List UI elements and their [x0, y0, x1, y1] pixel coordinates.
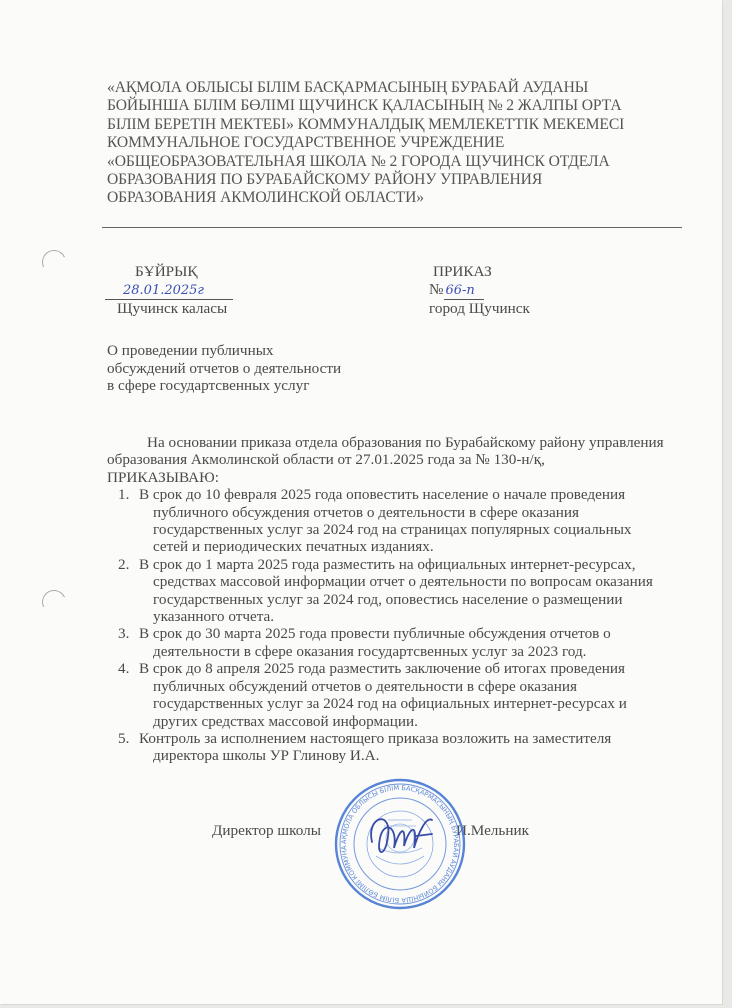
header-divider: [102, 227, 682, 228]
header-line: «АҚМОЛА ОБЛЫСЫ БІЛІМ БАСҚАРМАСЫНЫҢ БУРАБ…: [107, 79, 624, 97]
official-stamp-icon: АҚМОЛА ОБЛЫСЫ БІЛІМ БАСҚАРМАСЫНЫҢ БУРАБА…: [332, 776, 468, 912]
header-line: ОБРАЗОВАНИЯ ПО БУРАБАЙСКОМУ РАЙОНУ УПРАВ…: [107, 171, 624, 189]
hole-punch-mark: [39, 247, 70, 278]
item-line: публичного обсуждения отчетов о деятельн…: [139, 504, 687, 521]
item-line: В срок до 8 апреля 2025 года разместить …: [139, 660, 687, 677]
intro-text: образования Акмолинской области от 27.01…: [107, 451, 687, 468]
item-number: 2.: [118, 556, 129, 573]
order-body: На основании приказа отдела образования …: [107, 434, 687, 765]
city-ru: город Щучинск: [429, 300, 530, 317]
item-number: 4.: [118, 660, 129, 677]
item-line: государственных услуг за 2024 год на офи…: [139, 695, 687, 712]
item-line: директора школы УР Глинову И.А.: [139, 747, 687, 764]
order-subject: О проведении публичных обсуждений отчето…: [107, 342, 341, 395]
order-item: 5. Контроль за исполнением настоящего пр…: [107, 730, 687, 765]
item-line: других средствах массовой информации.: [139, 713, 687, 730]
command-word: ПРИКАЗЫВАЮ:: [107, 469, 687, 486]
hole-punch-mark: [39, 587, 70, 618]
order-item: 3. В срок до 30 марта 2025 года провести…: [107, 625, 687, 660]
city-kz: Щучинск каласы: [117, 300, 227, 317]
item-line: В срок до 10 февраля 2025 года оповестит…: [139, 486, 687, 503]
item-number: 3.: [118, 625, 129, 642]
order-title-ru: ПРИКАЗ: [433, 263, 492, 280]
item-line: Контроль за исполнением настоящего прика…: [139, 730, 687, 747]
header-line: КОММУНАЛЬНОЕ ГОСУДАРСТВЕННОЕ УЧРЕЖДЕНИЕ: [107, 134, 624, 152]
header-line: ОБРАЗОВАНИЯ АКМОЛИНСКОЙ ОБЛАСТИ»: [107, 189, 624, 207]
item-number: 5.: [118, 730, 129, 747]
handwritten-date: 28.01.2025г: [123, 283, 204, 298]
subject-line: обсуждений отчетов о деятельности: [107, 360, 341, 378]
document-page: «АҚМОЛА ОБЛЫСЫ БІЛІМ БАСҚАРМАСЫНЫҢ БУРАБ…: [0, 0, 722, 1004]
order-items-list: 1. В срок до 10 февраля 2025 года оповес…: [107, 486, 687, 765]
order-item: 4. В срок до 8 апреля 2025 года размести…: [107, 660, 687, 730]
intro-text: На основании приказа отдела образования …: [107, 434, 687, 451]
item-line: государственных услуг за 2024 год, опове…: [139, 591, 687, 608]
item-number: 1.: [118, 486, 129, 503]
organization-header: «АҚМОЛА ОБЛЫСЫ БІЛІМ БАСҚАРМАСЫНЫҢ БУРАБ…: [107, 79, 624, 208]
item-line: В срок до 30 марта 2025 года провести пу…: [139, 625, 687, 642]
item-line: публичных обсуждений отчетов о деятельно…: [139, 678, 687, 695]
item-line: государственных услуг за 2024 год на стр…: [139, 521, 687, 538]
subject-line: О проведении публичных: [107, 342, 341, 360]
order-item: 1. В срок до 10 февраля 2025 года оповес…: [107, 486, 687, 556]
subject-line: в сфере государтсвенных услуг: [107, 377, 341, 395]
order-item: 2. В срок до 1 марта 2025 года разместит…: [107, 556, 687, 626]
header-line: «ОБЩЕОБРАЗОВАТЕЛЬНАЯ ШКОЛА № 2 ГОРОДА ЩУ…: [107, 153, 624, 171]
item-line: указанного отчета.: [139, 608, 687, 625]
order-title-kz: БҰЙРЫҚ: [135, 263, 197, 280]
order-number: №66-п: [429, 281, 484, 300]
number-sign: №: [429, 281, 444, 298]
item-line: деятельности в сфере оказания государтсв…: [139, 643, 687, 660]
item-line: В срок до 1 марта 2025 года разместить н…: [139, 556, 687, 573]
header-line: БІЛІМ БЕРЕТІН МЕКТЕБІ» КОММУНАЛДЫҚ МЕМЛЕ…: [107, 116, 624, 134]
item-line: средствах массовой информации отчет о де…: [139, 573, 687, 590]
handwritten-number: 66-п: [446, 283, 475, 298]
order-date: 28.01.2025г: [105, 281, 233, 300]
signatory-position: Директор школы: [212, 822, 321, 839]
header-line: БОЙЫНША БІЛІМ БӨЛІМІ ЩУЧИНСК ҚАЛАСЫНЫҢ №…: [107, 97, 624, 115]
item-line: сетей и периодических печатных изданиях.: [139, 538, 687, 555]
